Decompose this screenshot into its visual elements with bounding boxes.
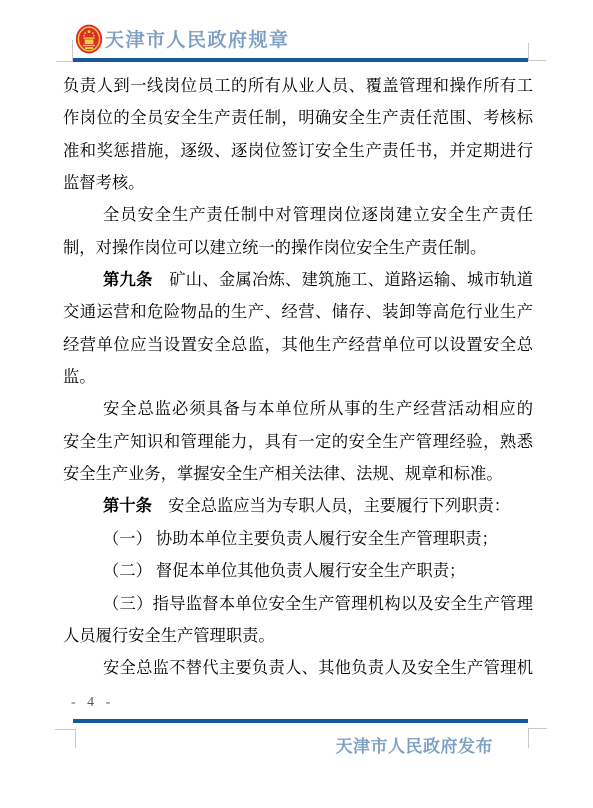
header-rule (73, 58, 528, 62)
footer-publisher: 天津市人民政府发布 (336, 736, 494, 758)
line-text: 监。 (63, 367, 96, 386)
body-text-line: 交通运营和危险物品的生产、经营、储存、装卸等高危行业生产 (63, 296, 533, 328)
body-text-line: 监。 (63, 361, 533, 393)
body-text-line: 制，对操作岗位可以建立统一的操作岗位安全生产责任制。 (63, 232, 533, 264)
line-text: 人员履行安全生产管理职责。 (63, 626, 275, 645)
body-text-line: 安全总监不替代主要负责人、其他负责人及安全生产管理机 (63, 652, 533, 684)
body-text-line: 安全生产知识和管理能力，具有一定的安全生产管理经验，熟悉 (63, 426, 533, 458)
national-emblem-icon (75, 24, 103, 55)
line-text: 安全总监不替代主要负责人、其他负责人及安全生产管理机 (103, 658, 533, 677)
line-text: 监督考核。 (63, 173, 144, 192)
page-number: - 4 - (71, 695, 114, 711)
line-text: 安全生产业务，掌握安全生产相关法律、法规、规章和标准。 (63, 464, 503, 483)
body-text-line: （二） 督促本单位其他负责人履行安全生产职责； (63, 555, 533, 587)
line-text: 安全总监必须具备与本单位所从事的生产经营活动相应的 (103, 399, 533, 418)
line-text: 准和奖惩措施，逐级、逐岗位签订安全生产责任书，并定期进行 (63, 141, 533, 160)
body-text-line: 作岗位的全员安全生产责任制，明确安全生产责任范围、考核标 (63, 102, 533, 134)
line-text: 矿山、金属冶炼、建筑施工、道路运输、城市轨道 (153, 270, 533, 289)
body-text-line: 全员安全生产责任制中对管理岗位逐岗建立安全生产责任 (63, 199, 533, 231)
footer-rule (73, 719, 528, 723)
line-text: 交通运营和危险物品的生产、经营、储存、装卸等高危行业生产 (63, 302, 533, 321)
body-text-line: 第十条 安全总监应当为专职人员，主要履行下列职责： (63, 490, 533, 522)
line-text: 作岗位的全员安全生产责任制，明确安全生产责任范围、考核标 (63, 108, 533, 127)
body-text-line: 准和奖惩措施，逐级、逐岗位签订安全生产责任书，并定期进行 (63, 135, 533, 167)
document-page: 天津市人民政府规章 负责人到一线岗位员工的所有从业人员、覆盖管理和操作所有工作岗… (0, 0, 593, 808)
line-text: （三）指导监督本单位安全生产管理机构以及安全生产管理 (103, 594, 533, 613)
crop-mark-footer-right-vertical (528, 728, 529, 748)
crop-mark-footer-left-vertical (75, 729, 76, 748)
body-text-line: 经营单位应当设置安全总监，其他生产经营单位可以设置安全总 (63, 329, 533, 361)
crop-mark-header-left-horizontal (56, 61, 73, 62)
line-text: 全员安全生产责任制中对管理岗位逐岗建立安全生产责任 (103, 205, 533, 224)
crop-mark-header-right-horizontal (528, 60, 546, 61)
body-text-line: 安全生产业务，掌握安全生产相关法律、法规、规章和标准。 (63, 458, 533, 490)
line-text: 负责人到一线岗位员工的所有从业人员、覆盖管理和操作所有工 (63, 76, 533, 95)
line-text: 制，对操作岗位可以建立统一的操作岗位安全生产责任制。 (63, 238, 486, 257)
line-text: 安全总监应当为专职人员，主要履行下列职责： (152, 496, 510, 515)
article-number: 第九条 (103, 270, 153, 289)
body-text-line: 第九条 矿山、金属冶炼、建筑施工、道路运输、城市轨道 (63, 264, 533, 296)
crop-mark-footer-left-horizontal (55, 729, 75, 730)
line-text: （二） 督促本单位其他负责人履行安全生产职责； (103, 561, 465, 580)
body-text-line: 人员履行安全生产管理职责。 (63, 620, 533, 652)
crop-mark-header-left-vertical (72, 40, 73, 62)
body-text-block: 负责人到一线岗位员工的所有从业人员、覆盖管理和操作所有工作岗位的全员安全生产责任… (63, 70, 533, 685)
body-text-line: 安全总监必须具备与本单位所从事的生产经营活动相应的 (63, 393, 533, 425)
body-text-line: （三）指导监督本单位安全生产管理机构以及安全生产管理 (63, 588, 533, 620)
body-text-line: 负责人到一线岗位员工的所有从业人员、覆盖管理和操作所有工 (63, 70, 533, 102)
line-text: 安全生产知识和管理能力，具有一定的安全生产管理经验，熟悉 (63, 432, 533, 451)
body-text-line: （一） 协助本单位主要负责人履行安全生产管理职责； (63, 523, 533, 555)
body-text-line: 监督考核。 (63, 167, 533, 199)
crop-mark-footer-right-horizontal (528, 728, 547, 729)
article-number: 第十条 (103, 496, 152, 515)
line-text: 经营单位应当设置安全总监，其他生产经营单位可以设置安全总 (63, 335, 533, 354)
line-text: （一） 协助本单位主要负责人履行安全生产管理职责； (103, 529, 498, 548)
header-title: 天津市人民政府规章 (105, 28, 290, 54)
crop-mark-header-right-vertical (528, 43, 529, 61)
